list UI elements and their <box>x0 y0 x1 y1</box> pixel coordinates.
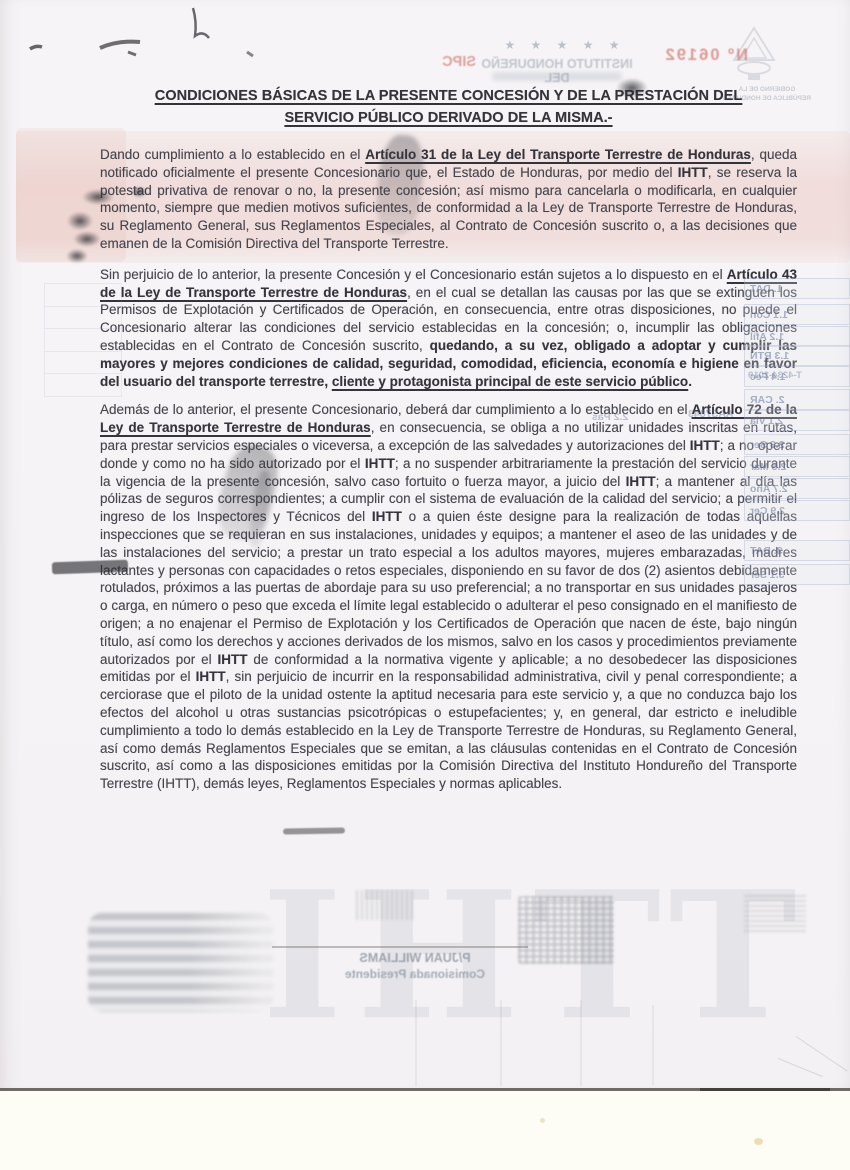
paragraph-1: Dando cumplimiento a lo establecido en e… <box>100 146 797 253</box>
text-run: cliente y protagonista principal de este… <box>332 374 688 389</box>
bleed-column-line <box>580 1000 582 1086</box>
text-run: IHTT <box>626 474 656 489</box>
text-run: , sin perjuicio de incurrir en la respon… <box>100 669 797 791</box>
text-run: IHTT <box>372 509 402 524</box>
bleed-qr-code <box>518 896 614 964</box>
text-run: Artículo 31 de la Ley del Transporte Ter… <box>365 147 751 162</box>
bleed-plate-number: AAS7843 <box>688 408 734 420</box>
bleed-table-row: 2. CAR <box>744 389 850 410</box>
text-run: . <box>688 374 692 389</box>
bleed-table-row: 2.9 Cer <box>744 500 850 521</box>
text-run: IHTT <box>678 165 708 180</box>
text-run: Dando cumplimiento a lo establecido en e… <box>100 147 365 162</box>
bleed-table-left <box>44 283 122 397</box>
pen-marks <box>0 0 850 120</box>
text-run: o a quien éste designe para la realizaci… <box>100 509 797 666</box>
text-run: IHTT <box>218 652 248 667</box>
document-body: CONDICIONES BÁSICAS DE LA PRESENTE CONCE… <box>100 86 797 808</box>
bleed-stamp-block <box>88 913 273 1012</box>
text-run: IHTT <box>196 669 226 684</box>
paragraph-3: Además de lo anterior, el presente Conce… <box>100 401 797 793</box>
bleed-column-line <box>415 1000 417 1086</box>
bleed-table-row: 1.2 Afil <box>744 326 850 347</box>
bleed-table-row: 2.7 Año <box>744 478 850 499</box>
bleed-table-row: 1.3 RTN <box>744 345 850 366</box>
scanned-document: ★ ★ ★ ★ ★ INSTITUTO HONDUREÑO DEL SIPC N… <box>0 0 850 1170</box>
bleed-noise-block <box>744 892 806 932</box>
bleed-table-row: 2.3 Ser <box>744 434 850 455</box>
stain-dot <box>754 1138 763 1145</box>
bleed-table-row: 1. DAT <box>744 278 850 299</box>
signature-line <box>272 946 528 948</box>
signature-title: Comisionada Presidente <box>300 967 530 981</box>
bleed-noise-block <box>356 890 414 920</box>
bleed-table-row: 3.1 Ser <box>744 564 850 585</box>
stain-dot <box>540 1118 545 1123</box>
bleed-table-row: 3. DAT <box>744 540 850 561</box>
bleed-column-line <box>500 1000 502 1086</box>
paragraph-2: Sin perjuicio de lo anterior, la present… <box>100 266 797 391</box>
bleed-ref-code: T-4234-2019 <box>748 370 802 381</box>
signature-name: P/JUAN WILLIAMS <box>300 951 530 965</box>
bleed-table-row: 1.1 Con <box>744 304 850 325</box>
scanner-background <box>0 1091 850 1170</box>
text-run: IHTT <box>690 438 720 453</box>
bleed-column-line <box>652 1005 654 1085</box>
text-run: Sin perjuicio de lo anterior, la present… <box>100 267 727 282</box>
text-run: IHTT <box>365 456 395 471</box>
bleed-table-row: 2.5 Mar <box>744 456 850 477</box>
bleed-table-row: 2.1 Via <box>744 410 850 431</box>
bleed-row-fragment: 2.2 Pas <box>592 411 628 423</box>
